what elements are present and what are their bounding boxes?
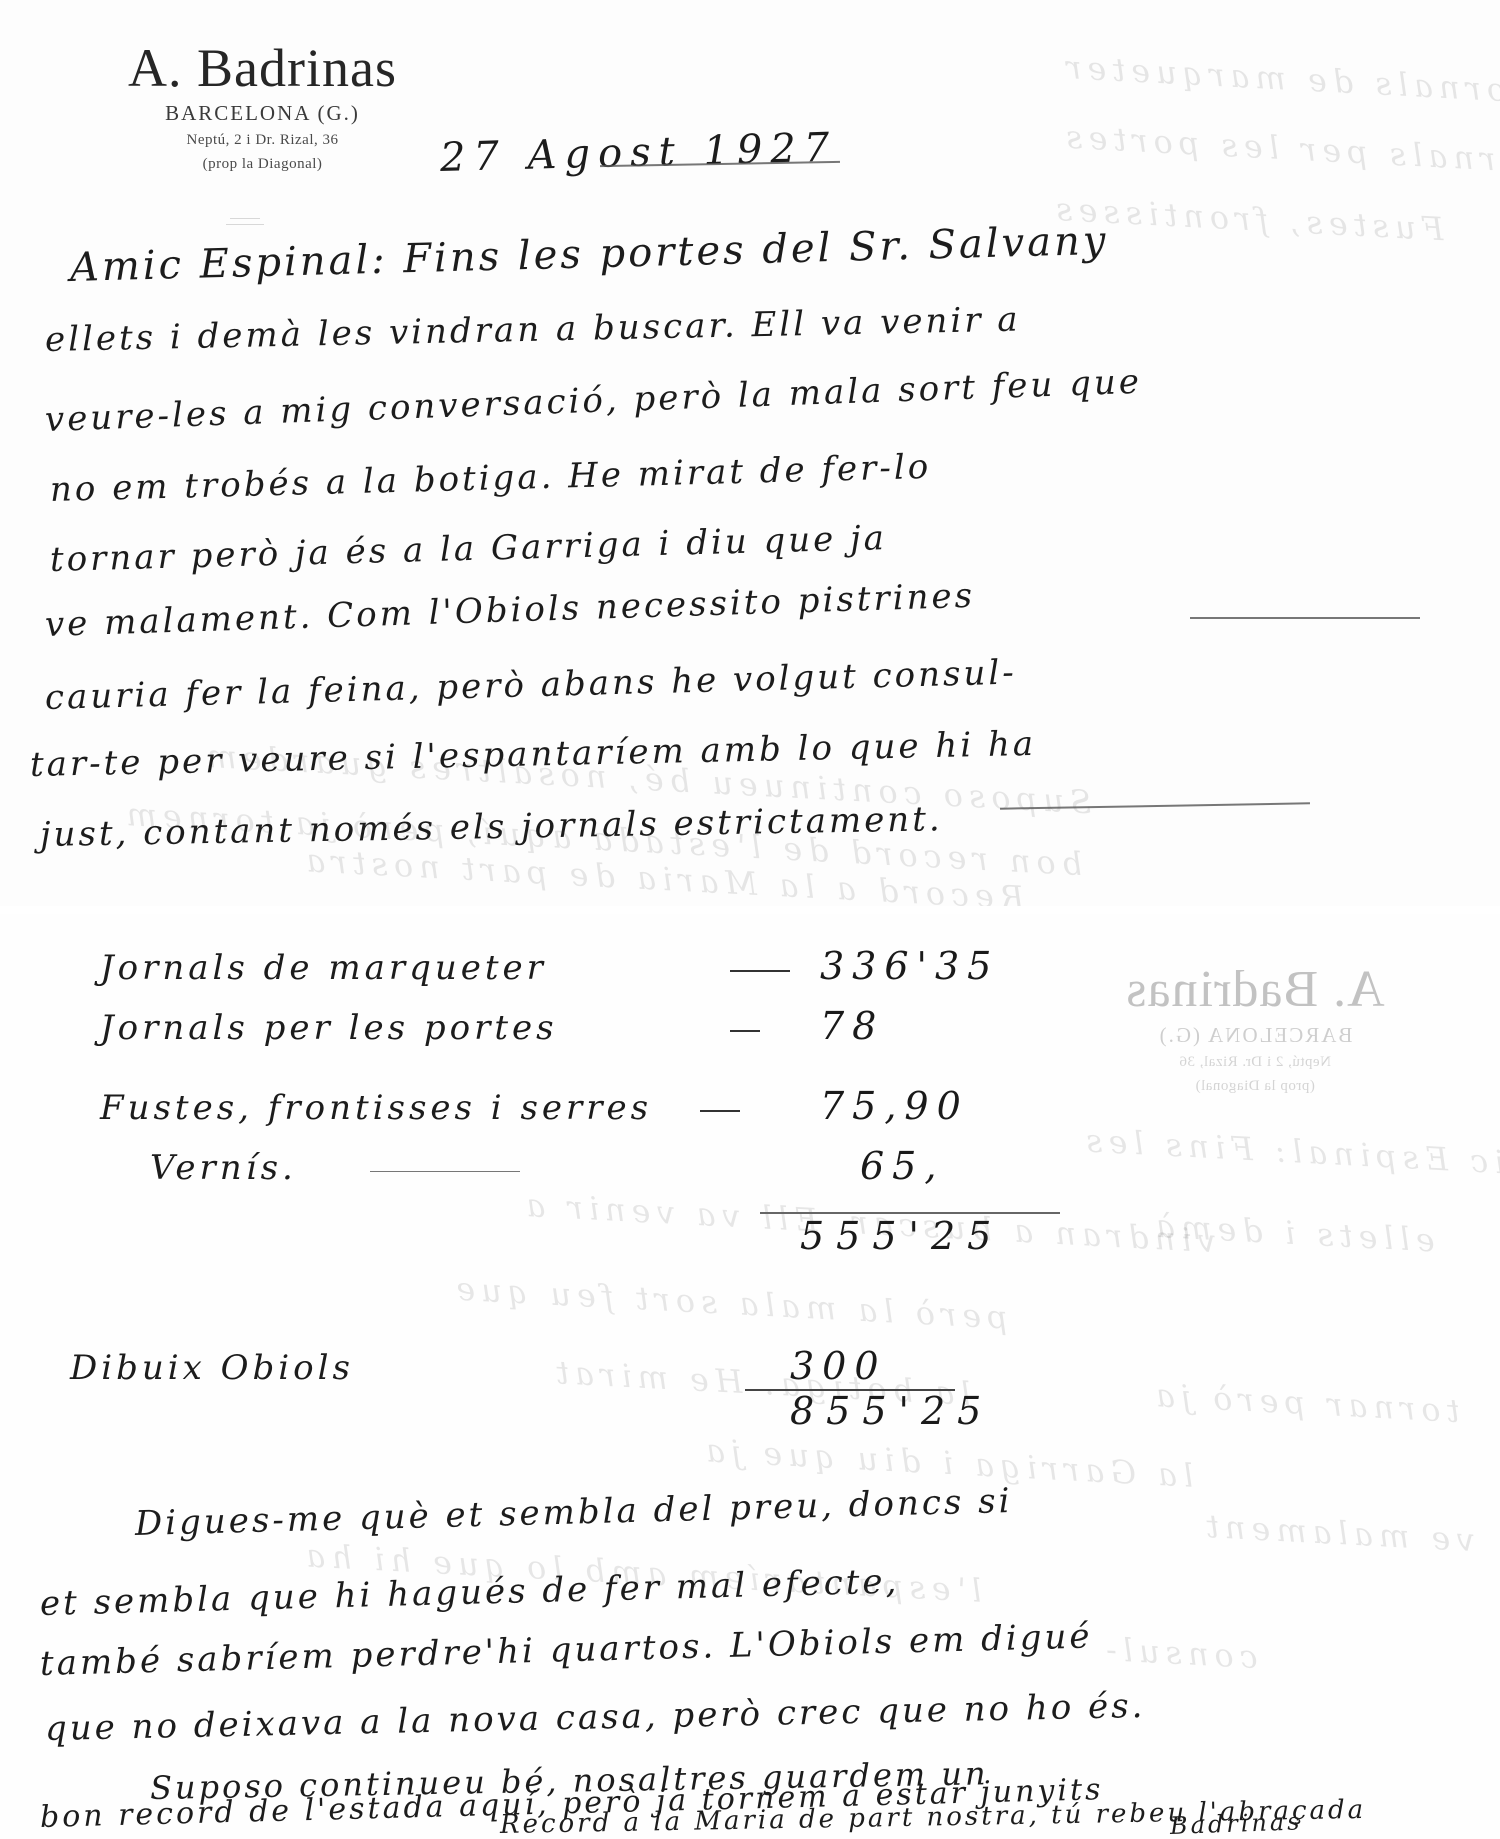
letter-line: tornar però ja és a la Garriga i diu que… <box>49 518 887 580</box>
letter-line: ellets i demà les vindran a buscar. Ell … <box>45 300 1021 360</box>
bleed-through-text: Jornals per les portes <box>1059 117 1500 180</box>
letterhead: A. Badrinas BARCELONA (G.) Neptú, 2 i Dr… <box>85 38 440 174</box>
leader-dash <box>370 1171 520 1172</box>
letter-line: Amic Espinal: Fins les portes del Sr. Sa… <box>69 218 1109 291</box>
subtotal-amount: 555'25 <box>800 1214 1003 1258</box>
letterhead-rule <box>226 224 264 225</box>
bleed-through-text: Jornals de marqueter <box>1059 48 1500 110</box>
underline-pistrines <box>1190 617 1420 619</box>
account-amount: 300 <box>790 1344 887 1388</box>
account-label: Vernís. <box>150 1148 297 1188</box>
page-separator <box>0 906 1500 914</box>
letter-date: 27 Agost 1927 <box>439 125 837 181</box>
total-amount: 855'25 <box>790 1389 993 1433</box>
letterhead-city-mirrored: BARCELONA (G.) <box>1065 1022 1445 1048</box>
letter-line: no em trobés a la botiga. He mirat de fe… <box>49 447 931 510</box>
account-label: Dibuix Obiols <box>70 1348 354 1388</box>
letter-line: veure-les a mig conversació, però la mal… <box>44 362 1142 440</box>
letterhead-name-mirrored: A. Badrinas <box>1065 960 1445 1020</box>
letter-line: Digues-me què et sembla del preu, doncs … <box>134 1481 1012 1544</box>
bleed-through-text: ve malament <box>1199 1507 1475 1559</box>
letterhead-address: Neptú, 2 i Dr. Rizal, 36 <box>85 130 440 150</box>
letterhead-bleed-through: A. Badrinas BARCELONA (G.) Neptú, 2 i Dr… <box>1065 960 1445 1096</box>
letterhead-address-note: (prop la Diagonal) <box>85 154 440 174</box>
letter-line: cauria fer la feina, però abans he volgu… <box>44 653 1017 718</box>
bleed-through-text: Amic Espinal: Fins les <box>1079 1121 1500 1185</box>
bleed-through-text: consul- <box>1099 1630 1259 1676</box>
letterhead-address-note-mirrored: (prop la Diagonal) <box>1065 1076 1445 1096</box>
letterhead-name: A. Badrinas <box>85 38 440 98</box>
letter-front-page: Jornals de marqueter Jornals per les por… <box>0 0 1500 906</box>
letter-line: que no deixava a la nova casa, però crec… <box>45 1686 1146 1749</box>
account-row: Vernís. 65, <box>100 1104 1060 1194</box>
letter-line: ve malament. Com l'Obiols necessito pist… <box>44 576 975 645</box>
signature: Badrinas <box>1170 1807 1303 1839</box>
letterhead-city: BARCELONA (G.) <box>85 100 440 126</box>
bleed-through-text: tornar però ja <box>1149 1376 1460 1430</box>
letter-back-page: A. Badrinas BARCELONA (G.) Neptú, 2 i Dr… <box>0 914 1500 1839</box>
account-amount: 65, <box>860 1144 944 1188</box>
account-row: Dibuix Obiols 300 <box>100 1294 1060 1394</box>
letterhead-address-mirrored: Neptú, 2 i Dr. Rizal, 36 <box>1065 1052 1445 1072</box>
letter-line: també sabríem perdre'hi quartos. L'Obiol… <box>39 1616 1093 1684</box>
letterhead-rule <box>230 218 260 219</box>
